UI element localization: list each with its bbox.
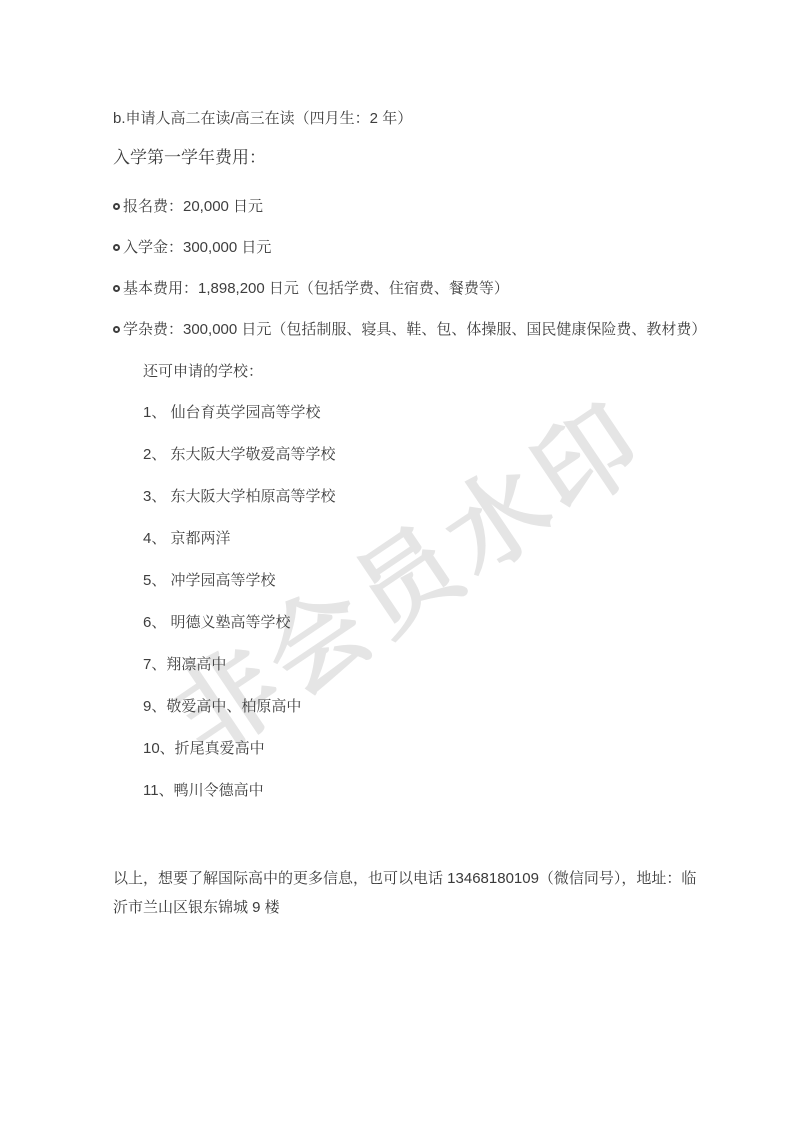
school-item: 2、 东大阪大学敬爱高等学校 — [143, 446, 703, 463]
document-page: 非会员水印 b.申请人高二在读/高三在读（四月生：2 年） 入学第一学年费用： … — [0, 0, 793, 1122]
school-item: 9、敬爱高中、柏原高中 — [143, 698, 703, 715]
fee-text: 报名费：20,000 日元 — [123, 198, 263, 215]
schools-heading: 还可申请的学校： — [143, 363, 703, 380]
school-item: 1、 仙台育英学园高等学校 — [143, 404, 703, 421]
fees-heading: 入学第一学年费用： — [113, 148, 703, 168]
school-item: 5、 冲学园高等学校 — [143, 572, 703, 589]
school-item: 10、折尾真爱高中 — [143, 740, 703, 757]
bullet-icon — [113, 203, 120, 210]
school-item: 3、 东大阪大学柏原高等学校 — [143, 488, 703, 505]
fee-item: 入学金：300,000 日元 — [113, 239, 703, 256]
school-item: 11、鸭川令德高中 — [143, 782, 703, 799]
fee-text: 基本费用：1,898,200 日元（包括学费、住宿费、餐费等） — [123, 280, 509, 297]
bullet-icon — [113, 285, 120, 292]
fee-item: 基本费用：1,898,200 日元（包括学费、住宿费、餐费等） — [113, 280, 703, 297]
school-item: 6、 明德义塾高等学校 — [143, 614, 703, 631]
bullet-icon — [113, 326, 120, 333]
footer-contact-text: 以上，想要了解国际高中的更多信息，也可以电话 13468180109（微信同号）… — [113, 864, 703, 922]
fee-item: 报名费：20,000 日元 — [113, 198, 703, 215]
fee-text: 学杂费：300,000 日元（包括制服、寝具、鞋、包、体操服、国民健康保险费、教… — [123, 321, 703, 338]
fee-text: 入学金：300,000 日元 — [123, 239, 271, 256]
bullet-icon — [113, 244, 120, 251]
fee-item: 学杂费：300,000 日元（包括制服、寝具、鞋、包、体操服、国民健康保险费、教… — [113, 321, 703, 338]
intro-line: b.申请人高二在读/高三在读（四月生：2 年） — [113, 110, 703, 127]
document-content: b.申请人高二在读/高三在读（四月生：2 年） 入学第一学年费用： 报名费：20… — [0, 0, 793, 922]
school-item: 4、 京都两洋 — [143, 530, 703, 547]
schools-section: 还可申请的学校： 1、 仙台育英学园高等学校 2、 东大阪大学敬爱高等学校 3、… — [113, 363, 703, 799]
school-item: 7、翔凛高中 — [143, 656, 703, 673]
